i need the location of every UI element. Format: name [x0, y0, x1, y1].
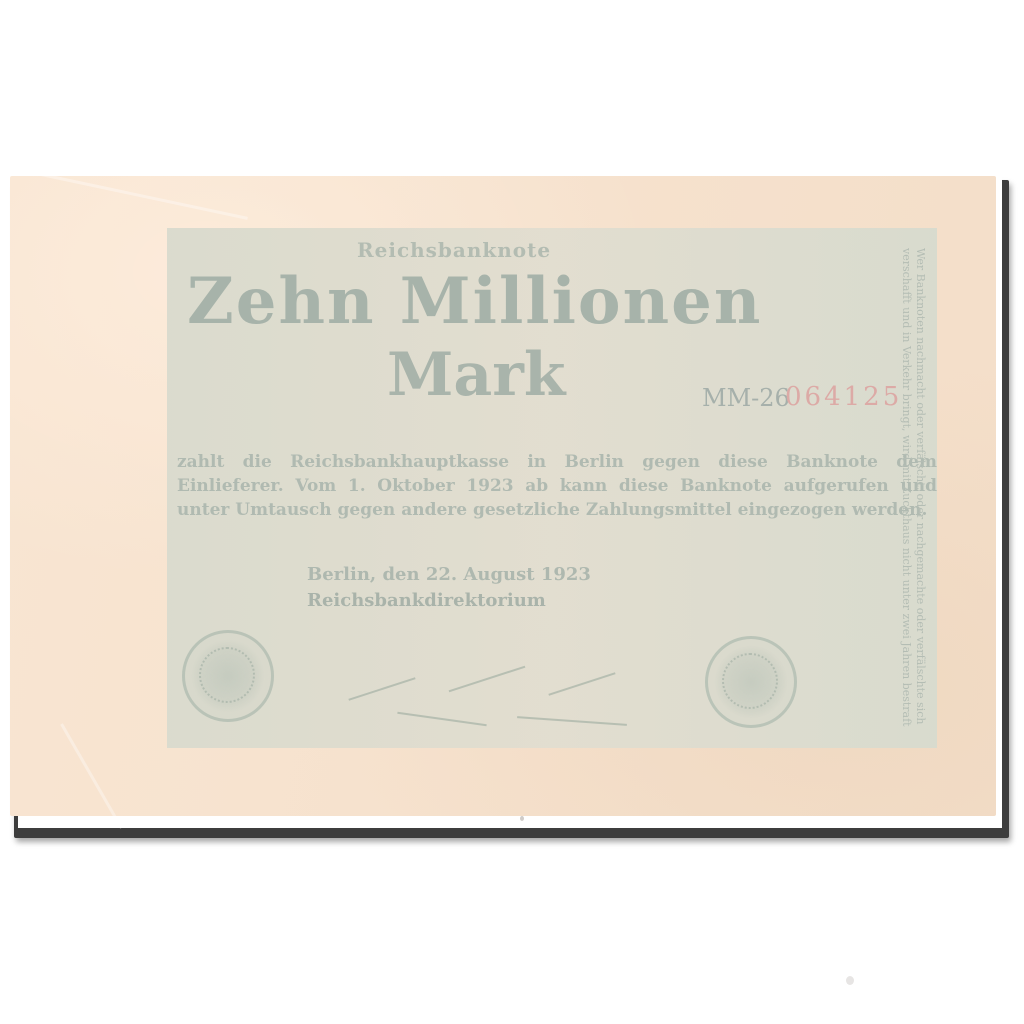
signature-stroke [449, 666, 526, 693]
denomination-line2: Mark [387, 340, 565, 410]
signature-stroke [517, 716, 627, 726]
crease [32, 171, 248, 220]
signer: Reichsbankdirektorium [307, 590, 546, 611]
body-text: zahlt die Reichsbankhauptkasse in Berlin… [177, 450, 937, 522]
print-area: Reichsbanknote Zehn Millionen Mark MM-26… [167, 228, 937, 748]
eagle-seal-icon [705, 636, 797, 728]
crease [60, 723, 123, 828]
series-code: MM-26 [702, 384, 790, 412]
date-line: Berlin, den 22. August 1923 [307, 564, 591, 585]
side-warning-text: Wer Banknoten nachmacht oder verfälscht,… [867, 248, 927, 728]
signature-stroke [397, 712, 486, 727]
signature-stroke [548, 672, 615, 696]
denomination-line1: Zehn Millionen [187, 264, 762, 339]
eagle-seal-icon [182, 630, 274, 722]
paper-spot [520, 816, 524, 821]
issuer-heading: Reichsbanknote [357, 238, 551, 262]
banknote: Reichsbanknote Zehn Millionen Mark MM-26… [10, 176, 996, 816]
signatures [337, 648, 677, 738]
paper-spot [846, 976, 854, 985]
signature-stroke [348, 677, 415, 701]
